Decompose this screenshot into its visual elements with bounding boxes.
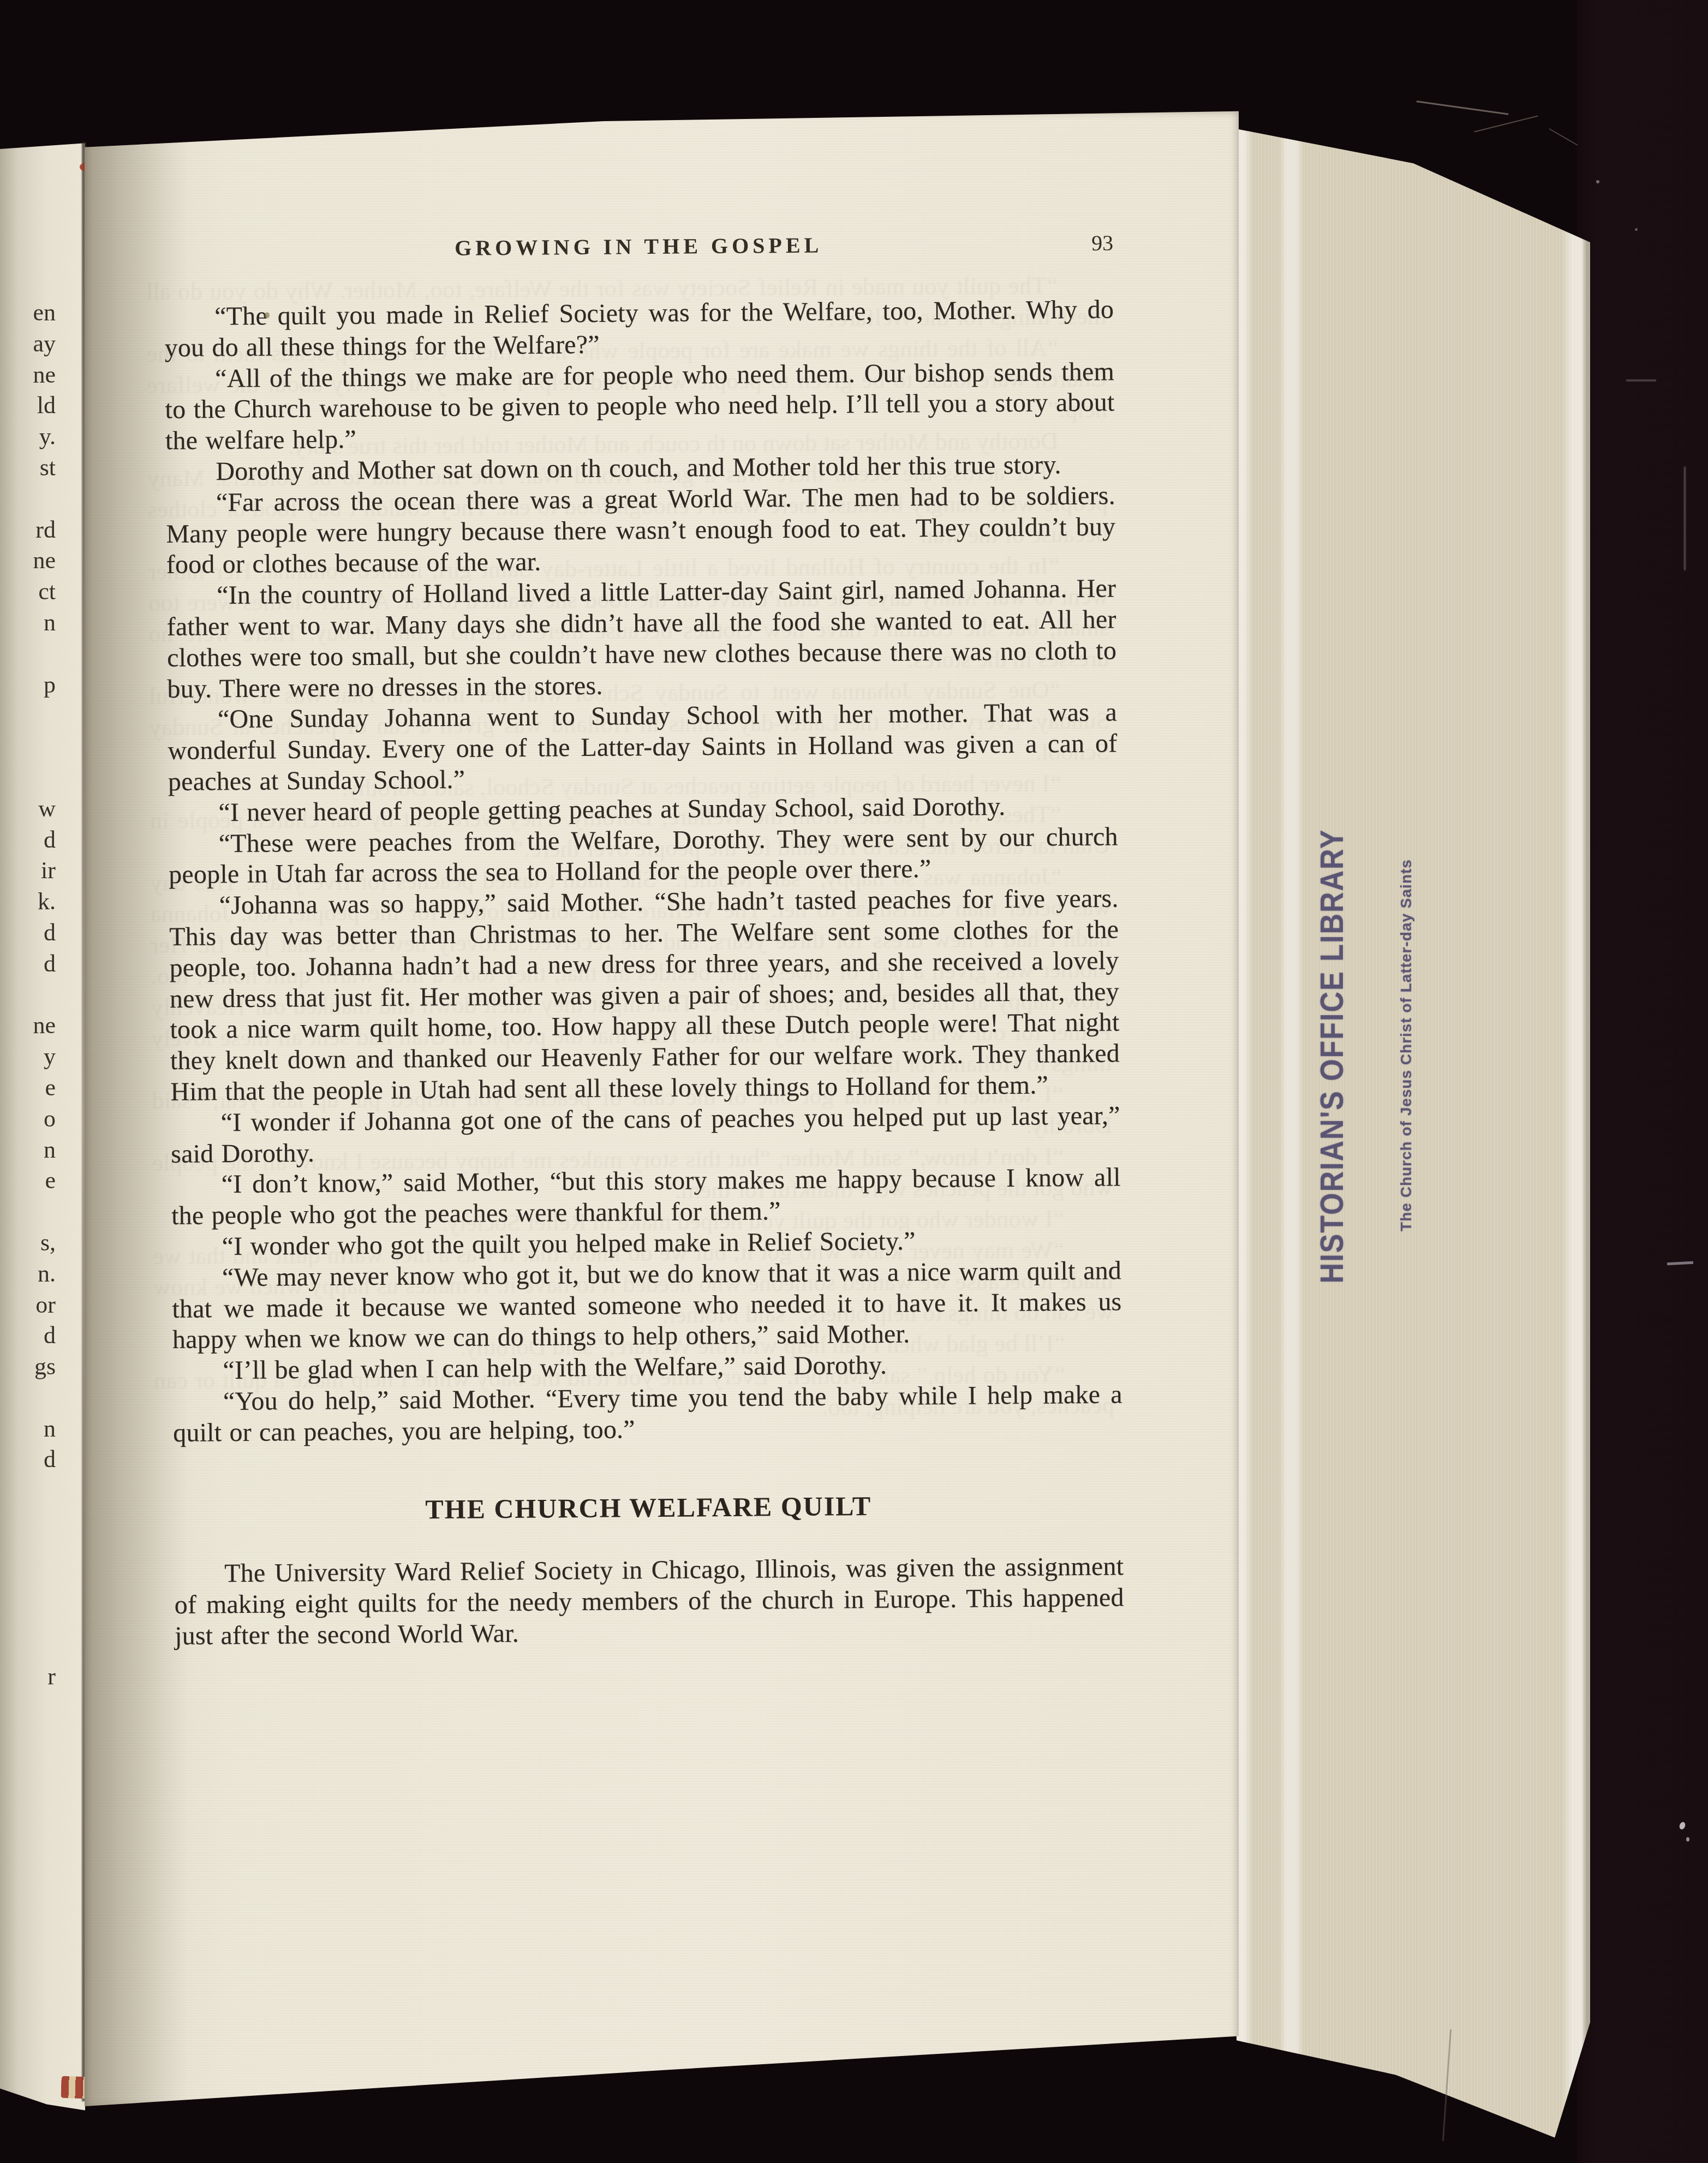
facing-page-text-fragments: en ay ne ld y. st rd ne ct n p w d ir k.… bbox=[0, 297, 56, 1693]
running-head-title: GROWING IN THE GOSPEL bbox=[164, 230, 1113, 263]
scratch-mark bbox=[1549, 128, 1578, 146]
story-paragraph: “You do help,” said Mother. “Every time … bbox=[173, 1379, 1123, 1449]
running-header: GROWING IN THE GOSPEL 93 bbox=[164, 230, 1113, 266]
story-paragraph: “I wonder if Johanna got one of the cans… bbox=[171, 1100, 1121, 1170]
section-paragraph: The University Ward Relief Society in Ch… bbox=[174, 1552, 1124, 1652]
story-paragraph: “All of the things we make are for peopl… bbox=[165, 356, 1115, 457]
story-paragraph: “One Sunday Johanna went to Sunday Schoo… bbox=[168, 698, 1118, 798]
story-paragraph: “In the country of Holland lived a littl… bbox=[166, 573, 1117, 705]
open-book-scan: HISTORIAN'S OFFICE LIBRARY The Church of… bbox=[0, 0, 1708, 2163]
story-paragraph: “Johanna was so happy,” said Mother. “Sh… bbox=[169, 883, 1120, 1107]
scratch-mark bbox=[1626, 379, 1656, 382]
story-paragraphs: “The quilt you made in Relief Society wa… bbox=[164, 294, 1122, 1449]
scratch-mark bbox=[1417, 100, 1509, 115]
story-paragraph: “The quilt you made in Relief Society wa… bbox=[164, 294, 1114, 364]
page-number: 93 bbox=[1091, 230, 1113, 255]
page-text-column: GROWING IN THE GOSPEL 93 “The quilt you … bbox=[164, 230, 1124, 1652]
scratch-mark bbox=[1684, 467, 1686, 570]
story-paragraph: “I don’t know,” said Mother, “but this s… bbox=[171, 1163, 1121, 1232]
story-paragraph: “Far across the ocean there was a great … bbox=[166, 480, 1116, 581]
section-paragraphs: The University Ward Relief Society in Ch… bbox=[174, 1552, 1124, 1652]
book-page: “The quilt you made in Relief Society wa… bbox=[85, 109, 1239, 2112]
scratch-mark bbox=[1474, 116, 1538, 133]
story-paragraph: “We may never know who got it, but we do… bbox=[172, 1255, 1122, 1356]
paper-speck bbox=[265, 312, 270, 318]
dust-speck bbox=[1635, 228, 1638, 231]
library-stamp-subtitle: The Church of Jesus Christ of Latter-day… bbox=[1398, 854, 1422, 1236]
library-stamp-title: HISTORIAN'S OFFICE LIBRARY bbox=[1313, 827, 1358, 1285]
section-heading: THE CHURCH WELFARE QUILT bbox=[174, 1488, 1123, 1528]
dust-speck bbox=[1596, 180, 1599, 183]
facing-page-sliver: en ay ne ld y. st rd ne ct n p w d ir k.… bbox=[0, 139, 85, 2112]
story-paragraph: “These were peaches from the Welfare, Do… bbox=[169, 821, 1119, 891]
dust-speck bbox=[1686, 1837, 1689, 1842]
